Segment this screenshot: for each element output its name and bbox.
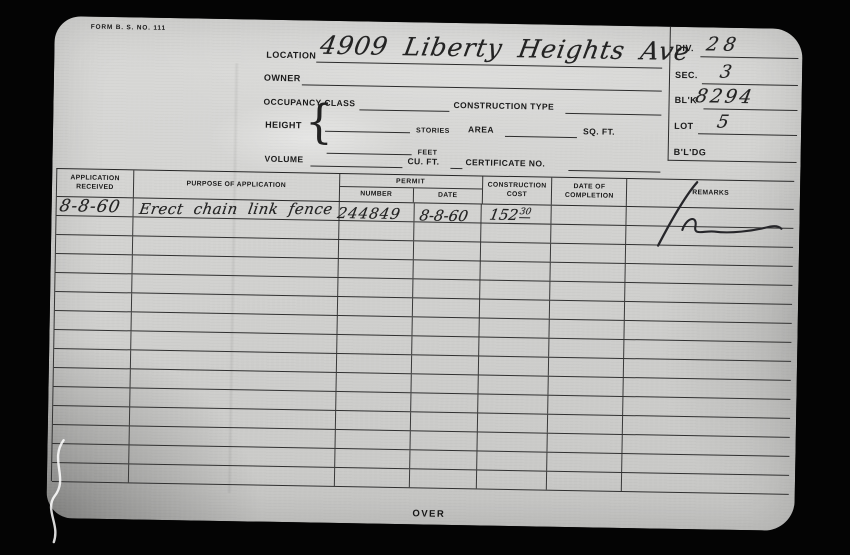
sec-label: SEC. — [675, 70, 698, 80]
table-cell — [409, 469, 477, 488]
table-cell — [480, 337, 550, 356]
table-cell — [549, 358, 624, 377]
table-cell — [337, 297, 412, 316]
volume-underline — [310, 165, 402, 168]
table-cell — [334, 468, 409, 487]
blk-value-handwritten: 8294 — [694, 85, 756, 108]
location-label: LOCATION — [266, 50, 316, 61]
table-cell — [481, 280, 551, 299]
table-cell — [129, 445, 335, 467]
lot-label: LOT — [674, 121, 694, 131]
table-cell — [132, 274, 338, 296]
table-cell — [622, 454, 789, 475]
table-cell — [130, 388, 336, 410]
owner-underline — [302, 84, 662, 91]
area-unit-label: SQ. FT. — [583, 126, 615, 137]
table-cell — [130, 369, 336, 391]
table-cell — [52, 463, 129, 482]
over-label: OVER — [412, 508, 445, 520]
table-cell — [335, 430, 410, 449]
table-cell — [411, 393, 479, 412]
header-application-received: APPLICATION RECEIVED — [57, 169, 134, 197]
header-construction-cost: CONSTRUCTION COST — [482, 176, 552, 204]
permit-card: FORM B. S. NO. 111 LOCATION 4909 Liberty… — [46, 16, 803, 531]
header-permit-number: NUMBER — [339, 187, 414, 202]
row1-cost-handwritten: 15230 — [488, 206, 532, 225]
table-cell — [413, 241, 481, 260]
table-cell — [414, 222, 482, 241]
row1-purpose-handwritten: Erect chain link fence — [138, 200, 334, 218]
table-cell — [624, 378, 791, 399]
table-cell — [479, 375, 549, 394]
table-cell — [626, 264, 793, 285]
table-cell — [131, 312, 337, 334]
table-cell — [410, 412, 478, 431]
table-cell — [413, 279, 481, 298]
construction-type-underline — [565, 113, 661, 116]
table-cell — [548, 415, 623, 434]
div-underline — [700, 56, 798, 59]
table-cell — [56, 216, 133, 235]
table-cell — [335, 411, 410, 430]
table-cell — [132, 255, 338, 277]
table-cell — [551, 225, 626, 244]
table-cell — [412, 336, 480, 355]
table-cell — [552, 206, 627, 225]
table-cell — [624, 359, 791, 380]
table-cell — [131, 331, 337, 353]
area-label: AREA — [468, 124, 494, 134]
row1-permit-number-handwritten: 244849 — [336, 204, 402, 223]
table-cell — [548, 434, 623, 453]
volume-unit-label: CU. FT. — [407, 156, 439, 167]
table-cell — [336, 354, 411, 373]
table-cell — [623, 435, 790, 456]
cost-cents: 30 — [519, 207, 532, 218]
table-cell — [410, 431, 478, 450]
table-cell — [336, 373, 411, 392]
table-cell — [339, 221, 414, 240]
sec-value-handwritten: 3 — [718, 62, 733, 83]
cost-dollars: 152 — [488, 206, 520, 224]
table-cell — [410, 450, 478, 469]
table-cell — [337, 335, 412, 354]
table-cell — [338, 259, 413, 278]
table-cell — [549, 377, 624, 396]
table-cell — [52, 444, 129, 463]
certificate-underline — [568, 170, 660, 173]
table-cell — [551, 263, 626, 282]
table-cell — [547, 472, 622, 491]
table-cell — [338, 278, 413, 297]
table-cell — [625, 302, 792, 323]
volume-label: VOLUME — [264, 154, 303, 165]
row1-permit-date-handwritten: 8-8-60 — [418, 206, 469, 225]
table-cell — [56, 235, 133, 254]
table-cell — [547, 453, 622, 472]
header-purpose: PURPOSE OF APPLICATION — [134, 170, 340, 201]
table-cell — [625, 283, 792, 304]
table-cell — [336, 392, 411, 411]
table-cell — [478, 451, 548, 470]
table-cell — [335, 449, 410, 468]
table-cell — [478, 432, 548, 451]
table-cell — [130, 407, 336, 429]
table-cell — [133, 236, 339, 258]
table-cell — [54, 368, 131, 387]
table-cell — [413, 260, 481, 279]
owner-label: OWNER — [264, 73, 301, 84]
height-brace: { — [305, 99, 334, 146]
header-date-of-completion: DATE OF COMPLETION — [552, 178, 627, 206]
table-cell — [549, 339, 624, 358]
header-permit-date: DATE — [414, 188, 482, 203]
table-cell — [481, 242, 551, 261]
table-cell — [337, 316, 412, 335]
table-cell — [55, 292, 132, 311]
table-cell — [622, 473, 789, 494]
height-label: HEIGHT — [265, 120, 302, 131]
table-cell — [550, 301, 625, 320]
table-cell — [623, 397, 790, 418]
location-value-handwritten: 4909 Liberty Heights Ave — [318, 31, 693, 66]
table-cell — [53, 425, 130, 444]
lot-underline — [698, 133, 797, 136]
table-cell — [480, 318, 550, 337]
table-cell — [623, 416, 790, 437]
blk-underline — [703, 108, 797, 111]
table-cell — [627, 207, 794, 228]
table-cell — [133, 217, 339, 239]
div-value-handwritten: 28 — [705, 33, 743, 56]
table-cell — [55, 273, 132, 292]
lot-value-handwritten: 5 — [715, 112, 730, 133]
form-number: FORM B. S. NO. 111 — [91, 24, 166, 32]
table-cell — [625, 321, 792, 342]
table-cell — [338, 240, 413, 259]
table-cell — [550, 320, 625, 339]
table-cell — [411, 374, 479, 393]
table-cell — [54, 330, 131, 349]
table-cell — [626, 226, 793, 247]
bldg-label: B'L'DG — [674, 147, 707, 158]
header-remarks: REMARKS — [627, 179, 794, 209]
table-cell — [54, 349, 131, 368]
feet-underline — [327, 153, 412, 155]
table-cell — [56, 254, 133, 273]
occupancy-class-underline — [359, 109, 449, 112]
table-cell — [55, 311, 132, 330]
table-cell — [477, 470, 547, 489]
row1-received-handwritten: 8-8-60 — [58, 196, 122, 217]
table-cell — [129, 426, 335, 448]
table-cell — [479, 356, 549, 375]
permit-table-body — [52, 197, 794, 495]
table-cell — [53, 406, 130, 425]
stories-underline — [325, 131, 410, 133]
table-cell — [548, 396, 623, 415]
table-cell — [53, 387, 130, 406]
construction-type-label: CONSTRUCTION TYPE — [453, 100, 554, 112]
header-permit-group: PERMIT NUMBER DATE — [339, 174, 482, 203]
table-cell — [479, 394, 549, 413]
table-cell — [624, 340, 791, 361]
table-cell — [482, 223, 552, 242]
table-cell — [132, 293, 338, 315]
stories-label: STORIES — [416, 127, 450, 135]
certificate-label: CERTIFICATE NO. — [465, 157, 545, 168]
table-cell — [478, 413, 548, 432]
table-cell — [481, 261, 551, 280]
table-cell — [411, 355, 479, 374]
table-cell — [550, 282, 625, 301]
table-cell — [129, 464, 335, 486]
table-cell — [480, 299, 550, 318]
table-cell — [412, 298, 480, 317]
certificate-gap-underline — [450, 168, 462, 169]
bldg-underline — [668, 160, 797, 163]
table-cell — [626, 245, 793, 266]
area-underline — [505, 136, 577, 138]
table-cell — [131, 350, 337, 372]
div-label: DIV. — [675, 43, 694, 53]
table-cell — [551, 244, 626, 263]
table-cell — [412, 317, 480, 336]
